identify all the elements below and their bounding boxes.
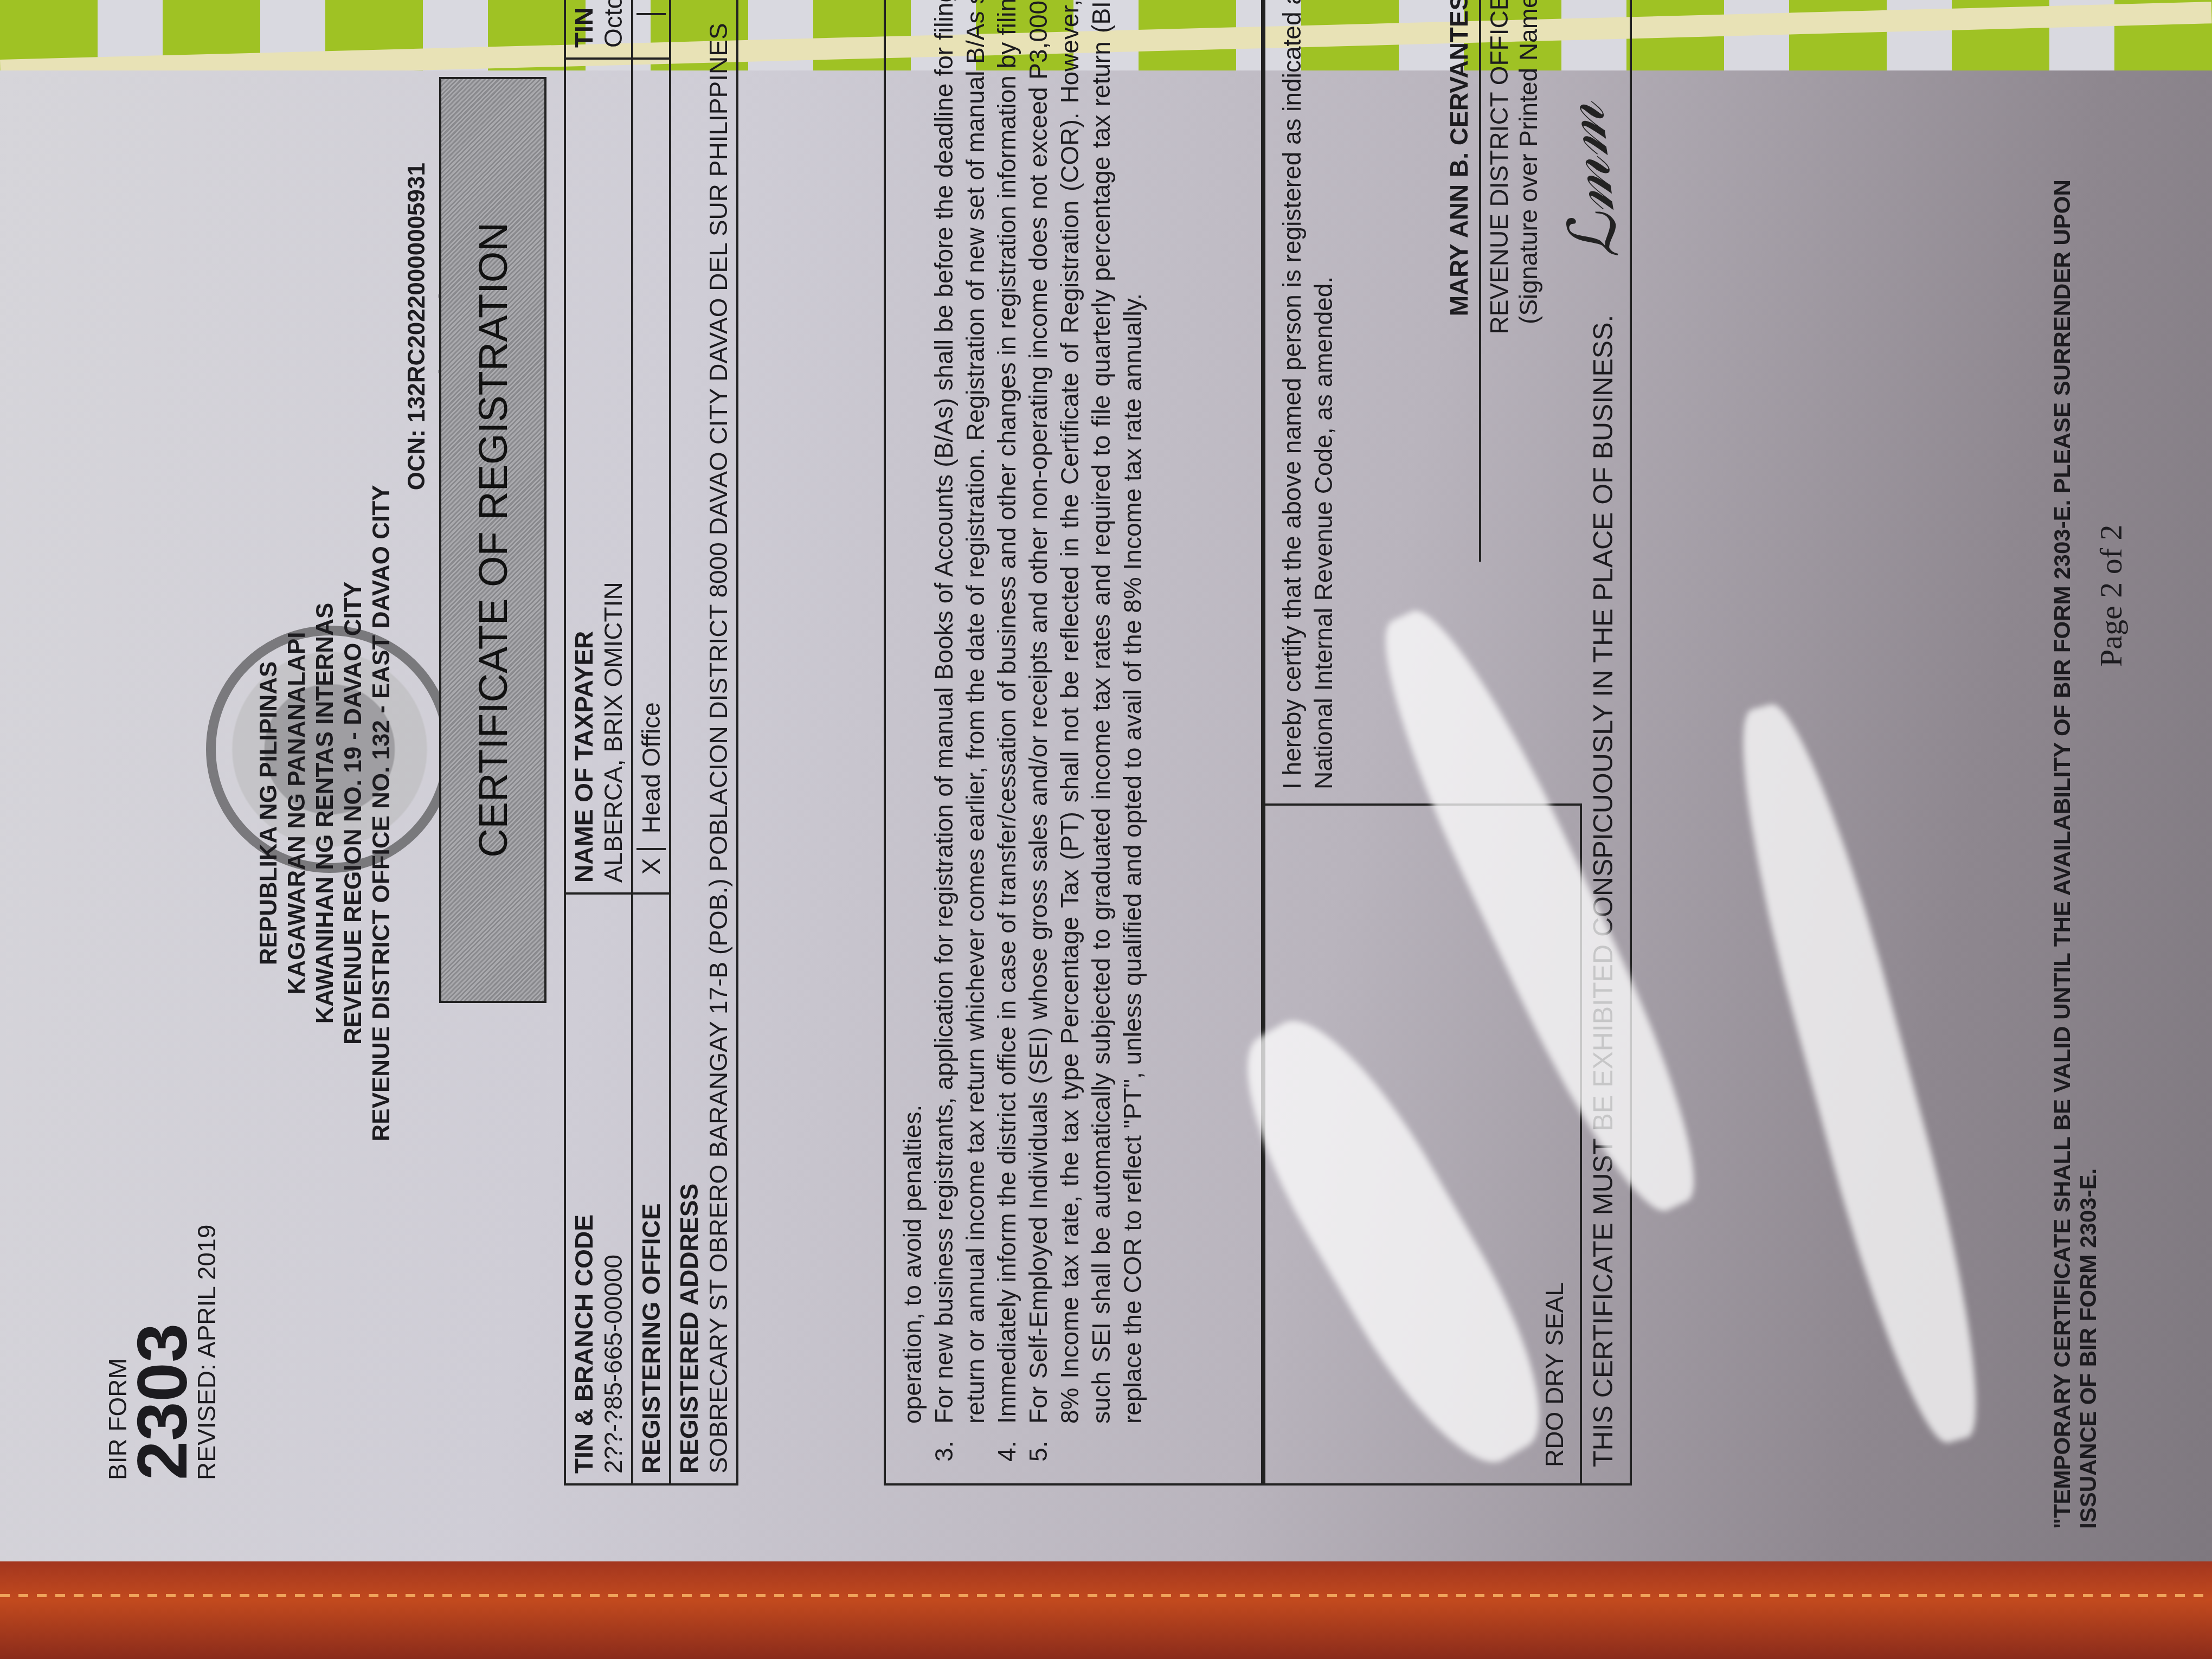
address-value: SOBRECARY ST OBRERO BARANGAY 17-B (POB.)…	[704, 0, 733, 1474]
certification-statement: I hereby certify that the above named pe…	[1276, 0, 1339, 789]
name-label: NAME OF TAXPAYER	[569, 69, 599, 883]
head-office-label: Head Office	[637, 702, 665, 833]
issuance-value: October 13, 2009	[599, 0, 628, 48]
document-page: BIR FORM 2303 REVISED: APRIL 2019 REPUBL…	[22, 65, 2136, 1561]
form-identifier: BIR FORM 2303 REVISED: APRIL 2019	[103, 1225, 221, 1480]
issuance-label: TIN ISSUANCE DATE	[569, 0, 599, 48]
form-revision: REVISED: APRIL 2019	[192, 1225, 221, 1480]
note-text: For new business registrants, applicatio…	[928, 0, 991, 1424]
note-number: 3.	[928, 1424, 991, 1462]
tin-cell: TIN & BRANCH CODE 2??-?85-665-00000	[565, 893, 632, 1484]
name-cell: NAME OF TAXPAYER ALBERCA, BRIX OMICTIN	[565, 59, 632, 893]
dry-seal-label: RDO DRY SEAL	[1540, 1282, 1569, 1467]
branch-checkbox	[636, 13, 666, 48]
temporary-certificate-note: "TEMPORARY CERTIFICATE SHALL BE VALID UN…	[2049, 65, 2101, 1529]
address-label: REGISTERED ADDRESS	[674, 0, 704, 1474]
note-text: Immediately inform the district office i…	[991, 0, 1023, 1424]
head-office-checkbox: X	[636, 848, 666, 883]
registering-office-label: REGISTERING OFFICE	[632, 893, 670, 1484]
name-value: ALBERCA, BRIX OMICTIN	[599, 69, 628, 883]
sleeve-glare	[1714, 695, 2005, 1453]
agency-line: REVENUE DISTRICT OFFICE NO. 132 - EAST D…	[368, 65, 396, 1561]
agency-line: KAGAWARAN NG PANANALAPI	[283, 65, 311, 1561]
note-list: 3.For new business registrants, applicat…	[928, 0, 1148, 1462]
tin-value: 2??-?85-665-00000	[599, 904, 628, 1474]
note-number: 5.	[1023, 1424, 1148, 1462]
note-text: For Self-Employed Individuals (SEI) whos…	[1023, 0, 1148, 1424]
agency-line: REVENUE REGION NO. 19 - DAVAO CITY	[339, 65, 368, 1561]
agency-line: KAWANIHAN NG RENTAS INTERNAS	[311, 65, 339, 1561]
note-item: 5.For Self-Employed Individuals (SEI) wh…	[1023, 0, 1148, 1462]
agency-header: REPUBLIKA NG PILIPINAS KAGAWARAN NG PANA…	[255, 65, 396, 1561]
note-item: 3.For new business registrants, applicat…	[928, 0, 991, 1462]
document-title: CERTIFICATE OF REGISTRATION	[439, 77, 546, 1003]
ocn-number: OCN: 132RC20220000005931	[401, 163, 433, 604]
note-continuation: operation, to avoid penalties.	[897, 0, 928, 1462]
address-cell: REGISTERED ADDRESS SOBRECARY ST OBRERO B…	[670, 0, 737, 1484]
form-number: 2303	[132, 1225, 192, 1480]
note-item: 4.Immediately inform the district office…	[991, 0, 1023, 1462]
exhibit-notice: THIS CERTIFICATE MUST BE EXHIBITED CONSP…	[1587, 315, 1619, 1467]
tin-label: TIN & BRANCH CODE	[569, 904, 599, 1474]
head-office-option: X Head Office	[632, 59, 670, 893]
page-number: Page 2 of 2	[2093, 524, 2129, 667]
taxpayer-info-table: TIN & BRANCH CODE 2??-?85-665-00000 NAME…	[564, 0, 738, 1486]
officer-signature-block: MARY ANN B. CERVANTES REVENUE DISTRICT O…	[1444, 0, 1543, 562]
issuance-cell: TIN ISSUANCE DATE October 13, 2009	[565, 0, 632, 59]
branch-option: Branch	[632, 0, 670, 59]
signature-line	[1479, 0, 1481, 562]
officer-name: MARY ANN B. CERVANTES	[1444, 0, 1474, 562]
officer-title: REVENUE DISTRICT OFFICER	[1484, 0, 1514, 562]
folder-edge	[0, 1561, 2212, 1659]
registration-notes: operation, to avoid penalties. 3.For new…	[884, 0, 1263, 1486]
officer-caption: (Signature over Printed Name)	[1514, 0, 1543, 562]
agency-line: REPUBLIKA NG PILIPINAS	[255, 65, 283, 1561]
note-number: 4.	[991, 1424, 1023, 1462]
